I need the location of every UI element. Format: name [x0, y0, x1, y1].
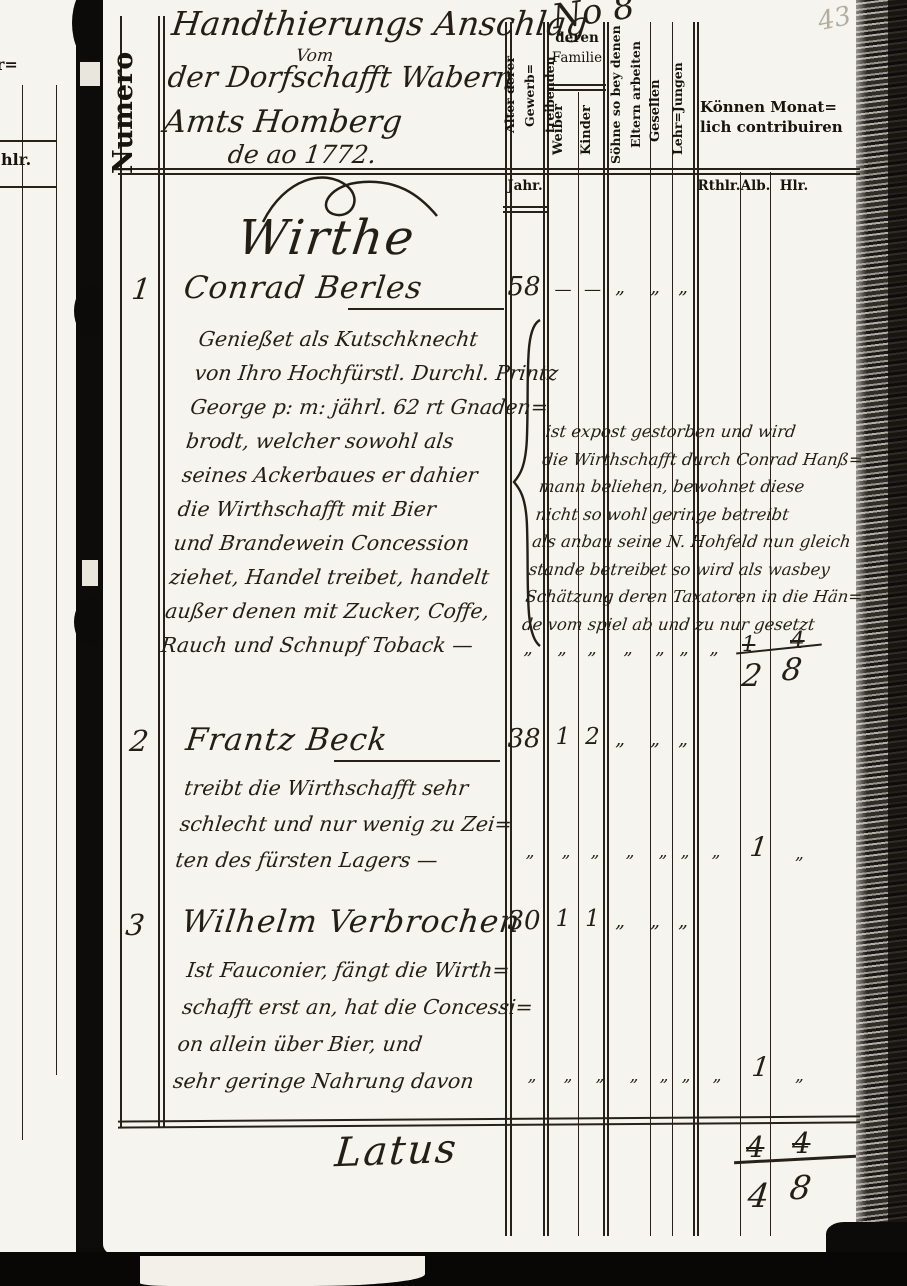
subheader-jahr: Jahr. [503, 178, 547, 194]
ditto-mark: „ [624, 1066, 644, 1086]
ditto-mark: „ [674, 638, 694, 659]
ditto-mark: „ [707, 1066, 727, 1086]
name-dash [348, 308, 504, 310]
title-line-4: de ao 1772. [226, 140, 378, 169]
binding-gap [80, 62, 100, 86]
ditto-mark: „ [706, 842, 726, 862]
bottom-paper-notch [140, 1256, 425, 1286]
header-contribution: Können Monat= lich contribuiren [700, 98, 845, 137]
ditto-mark: „ [650, 638, 670, 659]
contribution-hlr: „ [795, 844, 804, 864]
description-line: die Wirthschafft mit Bier [176, 492, 544, 526]
header-numero: Numero [108, 50, 160, 175]
table-column-line [740, 172, 741, 1236]
table-column-line [578, 92, 579, 1236]
description-line: on allein über Bier, und [175, 1026, 530, 1063]
description-line: außer denen mit Zucker, Coffe, [163, 594, 531, 628]
ditto-mark: „ [618, 638, 638, 659]
subheader-hlr: Hlr. [771, 178, 817, 194]
header-familie: deren Familie [546, 28, 608, 69]
header-soehne-line2: Eltern arbeiten [626, 24, 646, 166]
description-line: seines Ackerbaues er dahier [180, 458, 548, 492]
scanned-ledger-page: r= hlr. No 8 43 Numero Handthierungs Ans… [0, 0, 907, 1286]
ditto-mark: „ [676, 1066, 696, 1086]
description-line: und Brandewein Concession [172, 526, 540, 560]
cell-soehne: „ [599, 910, 641, 932]
header-contribution-line2: lich contribuiren [700, 118, 845, 138]
description-line: brodt, welcher sowohl als [184, 424, 552, 458]
entry-annotation: ist expost gestorben und wird die Wirths… [520, 418, 884, 638]
jahr-underline [503, 211, 548, 213]
contribution-hlr: „ [795, 1066, 804, 1086]
header-rule [118, 173, 860, 175]
contribution-alb: 2 [740, 658, 764, 694]
description-line: Ist Fauconier, fängt die Wirth= [185, 952, 540, 989]
annotation-line: die Wirthschafft durch Conrad Hanß= [541, 446, 881, 474]
description-line: ten des fürsten Lagers — [173, 842, 509, 878]
previous-page-edge [0, 0, 76, 1254]
cell-lehrjungen: „ [668, 910, 698, 932]
header-contribution-line1: Können Monat= [700, 98, 845, 118]
description-line: schlecht und nur wenig zu Zei= [178, 806, 514, 842]
title-line-2: der Dorfschafft Wabern [166, 60, 516, 94]
entry-description: treibt die Wirthschafft sehr schlecht un… [173, 770, 518, 878]
cell-gesellen: „ [640, 910, 670, 932]
description-line: schafft erst an, hat die Concessi= [180, 989, 535, 1026]
annotation-line: Schätzung deren Taxatoren in die Hän= [524, 583, 864, 611]
annotation-line: de vom spiel ab und zu nur gesetzt [520, 611, 860, 639]
cell-soehne: „ [599, 728, 641, 750]
header-familie-line2: Familie [546, 48, 608, 68]
ditto-mark: „ [582, 638, 602, 659]
annotation-line: nicht so wohl geringe betreibt [534, 501, 874, 529]
entry-name: Conrad Berles [182, 270, 425, 306]
annotation-line: mann beliehen, bewohnet diese [537, 473, 877, 501]
total-old-hlr: 4 [792, 1126, 810, 1160]
subheader-rthlr: Rthlr. [697, 178, 741, 194]
cell-soehne: „ [599, 276, 641, 298]
name-dash [334, 760, 500, 762]
ditto-mark: „ [552, 638, 572, 659]
entry-description: Ist Fauconier, fängt die Wirth= schafft … [171, 952, 540, 1100]
description-line: treibt die Wirthschafft sehr [182, 770, 518, 806]
annotation-line: stande betreibet so wird als wasbey [527, 556, 867, 584]
cell-lehrjungen: „ [668, 728, 698, 750]
left-fragment-rule [0, 186, 57, 188]
entry-name: Frantz Beck [184, 722, 390, 758]
left-page-rule [56, 85, 57, 1075]
description-line: ziehet, Handel treibet, handelt [167, 560, 535, 594]
header-soehne-line1: Söhne so bey denen [606, 24, 626, 166]
ditto-mark: „ [704, 638, 724, 659]
description-line: George p: m: jährl. 62 rt Gnaden= [188, 390, 556, 424]
entry-description: Genießet als Kutschknecht von Ihro Hochf… [159, 322, 564, 662]
description-line: Genießet als Kutschknecht [197, 322, 565, 356]
left-fragment-mid: hlr. [1, 150, 31, 169]
cell-age: 38 [503, 724, 545, 754]
annotation-line: ist expost gestorben und wird [544, 418, 884, 446]
bottom-scan-band [0, 1252, 907, 1286]
jahr-underline [503, 206, 548, 208]
header-familie-line1: deren [546, 28, 608, 48]
section-heading: Wirthe [235, 210, 419, 266]
header-soehne: Söhne so bey denen Eltern arbeiten [606, 24, 651, 166]
table-column-line [120, 16, 122, 1128]
binding-knot [74, 598, 106, 646]
ditto-mark: „ [653, 842, 673, 862]
cell-age: 30 [503, 906, 545, 936]
title-line-3: Amts Homberg [162, 104, 404, 140]
cell-lehrjungen: „ [668, 276, 698, 298]
header-lehrjungen: Lehr=Jungen [670, 50, 696, 167]
header-kinder: Kinder [579, 95, 605, 165]
ditto-mark: „ [556, 842, 576, 862]
annotation-line: als anbau seine N. Hohfeld nun gleich [531, 528, 871, 556]
cell-weiber: — [549, 280, 577, 300]
header-alter: Alter derer Gewerb= treibenden [500, 24, 550, 166]
table-column-line [158, 16, 160, 1128]
description-line: von Ihro Hochfürstl. Durchl. Printz [193, 356, 561, 390]
header-weiber: Weiber [551, 95, 578, 165]
latus-label: Latus [333, 1126, 460, 1176]
subheader-alb: Alb. [740, 178, 771, 194]
ditto-mark: „ [590, 1066, 610, 1086]
cell-age: 58 [503, 272, 545, 302]
ditto-mark: „ [675, 842, 695, 862]
ditto-mark: „ [620, 842, 640, 862]
table-column-line [163, 16, 165, 1128]
table-column-line [770, 172, 771, 1236]
ditto-mark: „ [558, 1066, 578, 1086]
cell-gesellen: „ [640, 728, 670, 750]
header-alter-line1: Alter derer Gewerb= [500, 24, 540, 166]
left-page-rule [22, 85, 23, 1140]
cell-weiber: 1 [549, 906, 577, 932]
cell-gesellen: „ [640, 276, 670, 298]
left-fragment-rule [0, 140, 57, 142]
cell-weiber: 1 [549, 724, 577, 750]
ditto-mark: „ [520, 842, 540, 862]
binding-gap [82, 560, 98, 586]
contribution-old-hlr: 4 [790, 628, 805, 654]
description-line: Rauch und Schnupf Toback — [159, 628, 527, 662]
entry-name: Wilhelm Verbrochen [180, 904, 523, 940]
ditto-mark: „ [654, 1066, 674, 1086]
description-line: sehr geringe Nahrung davon [171, 1063, 526, 1100]
left-fragment-top: r= [0, 55, 18, 74]
ditto-mark: „ [585, 842, 605, 862]
